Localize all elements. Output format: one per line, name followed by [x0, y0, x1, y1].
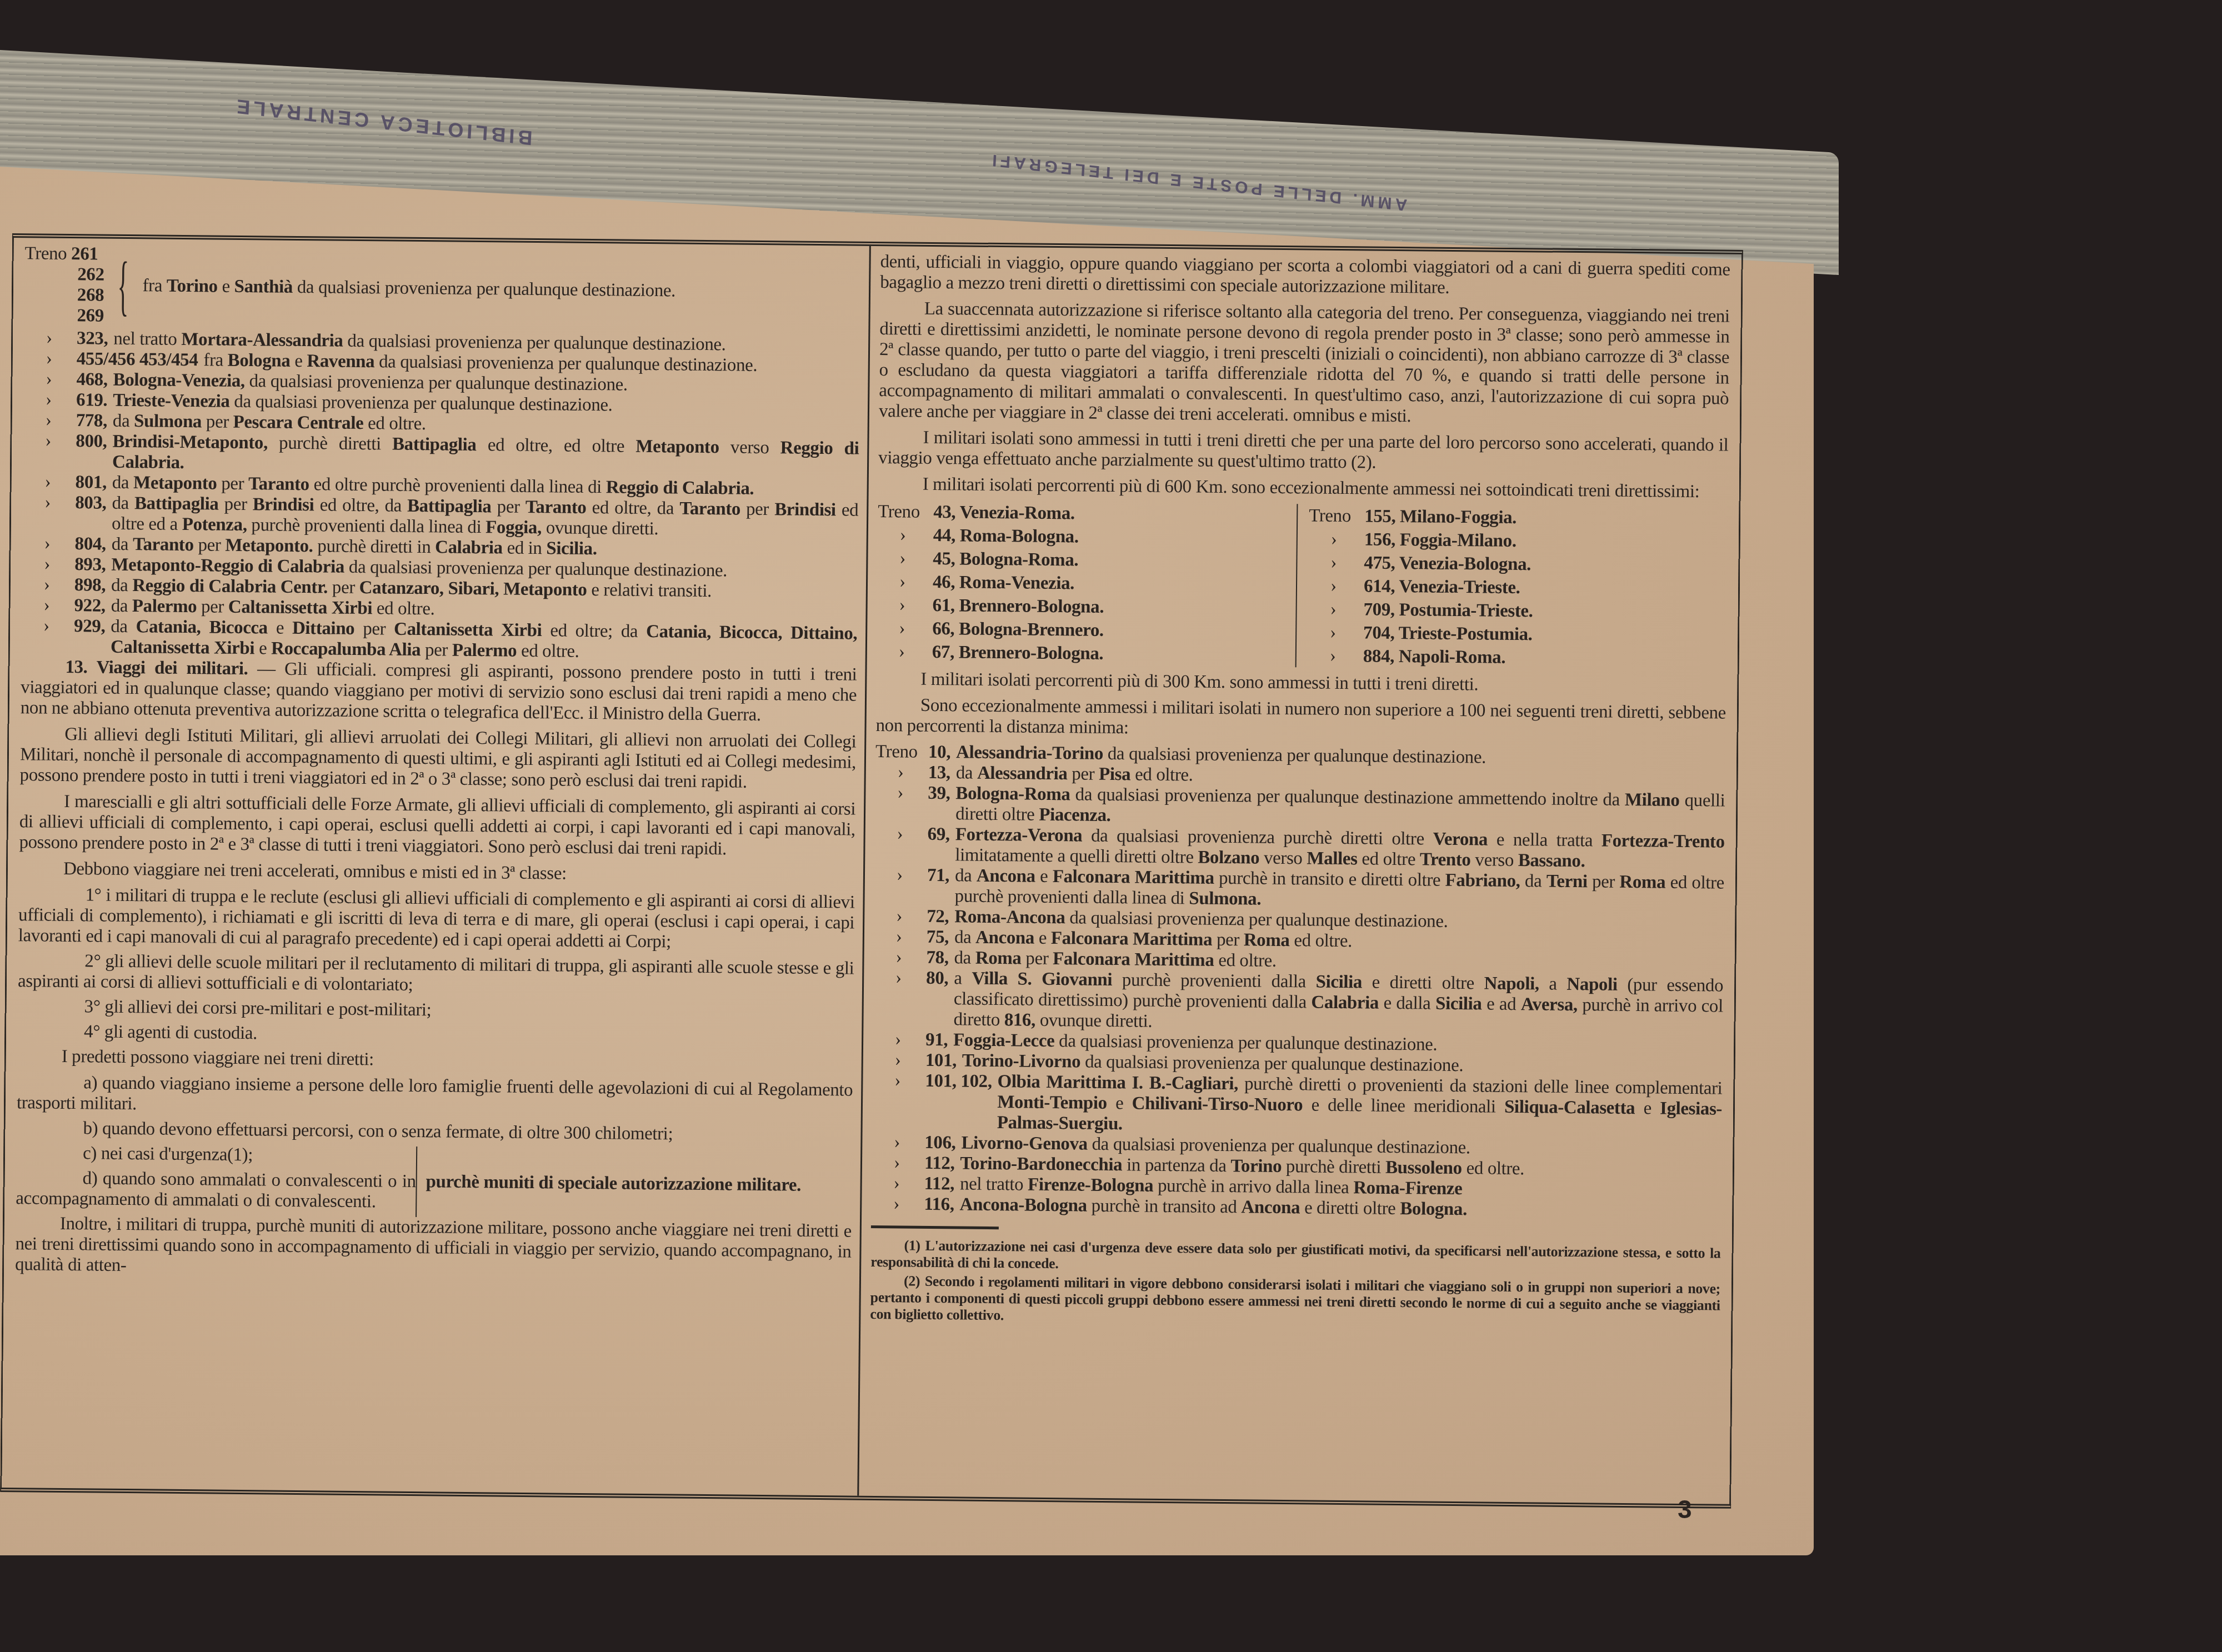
- train-number: 116,: [924, 1194, 954, 1215]
- train-number: 778,: [76, 411, 108, 432]
- ditto-mark: Treno: [875, 742, 928, 763]
- train-route-description: Olbia Marittima I. B.-Cagliari, purchè d…: [997, 1072, 1723, 1140]
- ditto-mark: ›: [21, 595, 74, 616]
- direttissimi-list-left: Treno43, Venezia-Roma.›44, Roma-Bologna.…: [877, 500, 1297, 667]
- train-number: 39,: [928, 783, 950, 824]
- right-column: denti, ufficiali in viaggio, oppure quan…: [870, 252, 1730, 1333]
- train-number: 71,: [927, 865, 949, 907]
- ditto-mark: ›: [22, 574, 74, 595]
- section-title: 13. Viaggi dei militari.: [65, 657, 248, 679]
- train-number: 455/456 453/454: [77, 349, 198, 371]
- ditto-mark: ›: [23, 430, 76, 472]
- train-number: 13,: [928, 763, 950, 783]
- para-isolati-300: I militari isolati percorrenti più di 30…: [876, 669, 1726, 698]
- column-divider: [857, 246, 871, 1496]
- train-number: 269: [77, 306, 104, 326]
- ditto-mark: ›: [873, 1029, 925, 1050]
- train-number: 922,: [74, 595, 106, 617]
- direttissimo-item: ›46, Roma-Venezia.: [877, 570, 1296, 597]
- direttissimi-list-right: Treno155, Milano-Foggia.›156, Foggia-Mil…: [1295, 504, 1728, 671]
- direttissimo-item: Treno155, Milano-Foggia.: [1309, 504, 1728, 531]
- ditto-mark: ›: [872, 1153, 924, 1174]
- left-column: Treno 261 262 268 269 { fra Torino e San…: [15, 243, 861, 1288]
- footnote-1: (1) L'autorizzazione nei casi d'urgenza …: [870, 1237, 1721, 1279]
- train-route-description: Bologna-Roma da qualsiasi provenienza pe…: [955, 783, 1725, 832]
- para-denti: denti, ufficiali in viaggio, oppure quan…: [880, 252, 1730, 301]
- train-number: 898,: [74, 575, 106, 596]
- right-train-list: Treno10,Alessandria-Torino da qualsiasi …: [871, 742, 1725, 1223]
- direttissimo-item: ›709, Postumia-Trieste.: [1308, 597, 1726, 624]
- list-item-d: d) quando sono ammalati o convalescenti …: [16, 1168, 416, 1213]
- footnote-rule: [871, 1225, 999, 1229]
- para-allievi: Gli allievi degli Istituti Militari, gli…: [19, 724, 856, 793]
- ditto-mark: ›: [22, 554, 74, 575]
- train-number: 106,: [924, 1133, 956, 1154]
- ditto-mark: ›: [873, 968, 926, 1030]
- train-number: 72,: [927, 907, 949, 927]
- train-number: 893,: [74, 554, 106, 575]
- train-number: 101,: [925, 1050, 957, 1072]
- page-number: 3: [1678, 1494, 1692, 1524]
- library-stamp-secondary: AMM. DELLE POSTE E DEI TELEGRAFI: [989, 150, 1408, 214]
- train-route-description: Brindisi-Metaponto, purchè diretti Batti…: [112, 432, 859, 480]
- direttissimi-list: Treno43, Venezia-Roma.›44, Roma-Bologna.…: [877, 500, 1728, 672]
- direttissimo-item: Treno43, Venezia-Roma.: [878, 500, 1297, 527]
- para-debbono: Debbono viaggiare nei treni accelerati, …: [19, 858, 855, 887]
- train-number: 619.: [76, 390, 108, 411]
- train-route-description: a Villa S. Giovanni purchè provenienti d…: [953, 968, 1723, 1037]
- treno-label: Treno: [24, 243, 67, 264]
- ditto-mark: ›: [874, 906, 927, 927]
- section-13-intro: 13. Viaggi dei militari. — Gli ufficiali…: [21, 657, 857, 726]
- train-route-description: Fortezza-Verona da qualsiasi provenienza…: [955, 824, 1725, 873]
- ditto-mark: ›: [872, 1070, 925, 1133]
- train-number: 800,: [76, 431, 107, 473]
- train-number: 262: [77, 264, 104, 284]
- direttissimo-item: ›44, Roma-Bologna.: [878, 523, 1297, 550]
- ditto-mark: ›: [24, 348, 77, 369]
- ditto-mark: ›: [23, 410, 76, 431]
- train-route-description: da Ancona e Falconara Marittima purchè i…: [955, 865, 1725, 914]
- train-route-description: da Battipaglia per Brindisi ed oltre, da…: [112, 493, 858, 542]
- para-isolati-1: I militari isolati sono ammessi in tutti…: [878, 427, 1729, 477]
- train-number: 268: [77, 285, 104, 305]
- list-item-4: 4° gli agenti di custodia.: [17, 1021, 853, 1049]
- train-number: 69,: [927, 824, 950, 865]
- ditto-mark: ›: [875, 762, 928, 783]
- ditto-mark: ›: [871, 1194, 924, 1215]
- direttissimo-item: ›614, Venezia-Trieste.: [1308, 574, 1727, 601]
- direttissimo-item: ›45, Bologna-Roma.: [877, 547, 1296, 574]
- train-number: 468,: [76, 369, 108, 391]
- ditto-mark: ›: [22, 533, 74, 554]
- para-marescialli: I marescialli e gli altri sottufficiali …: [19, 791, 855, 860]
- ditto-mark: ›: [874, 865, 927, 907]
- ditto-mark: ›: [871, 1173, 924, 1194]
- direttissimo-item: ›66, Bologna-Brennero.: [877, 617, 1295, 644]
- train-group-description: fra Torino e Santhià da qualsiasi proven…: [142, 276, 675, 301]
- ditto-mark: ›: [22, 492, 76, 534]
- list-item-3: 3° gli allievi dei corsi pre-militari e …: [17, 996, 853, 1024]
- direttissimo-item: ›61, Brennero-Bologna.: [877, 593, 1295, 620]
- list-item-a: a) quando viaggiano insieme a persone de…: [17, 1072, 853, 1121]
- train-number: 80,: [925, 968, 948, 1030]
- direttissimo-item: ›156, Foggia-Milano.: [1309, 527, 1728, 554]
- left-train-list: ›323,nel tratto Mortara-Alessandria da q…: [21, 328, 860, 664]
- ditto-mark: ›: [874, 927, 927, 948]
- ditto-mark: ›: [872, 1132, 924, 1153]
- train-number: 323,: [77, 328, 108, 349]
- train-number: 112,: [924, 1174, 954, 1195]
- list-item-c: c) nei casi d'urgenza(1);: [16, 1143, 416, 1167]
- train-number: 112,: [924, 1153, 955, 1174]
- train-entry: ›101, 102,Olbia Marittima I. B.-Cagliari…: [872, 1070, 1723, 1140]
- ditto-mark: ›: [24, 328, 77, 349]
- ditto-mark: ›: [873, 1050, 925, 1071]
- train-number: 803,: [75, 493, 107, 534]
- para-eccezionalmente: Sono eccezionalmente ammessi i militari …: [875, 695, 1726, 744]
- direttissimo-item: ›704, Trieste-Postumia.: [1308, 620, 1726, 648]
- para-inoltre: Inoltre, i militari di truppa, purchè mu…: [15, 1213, 852, 1283]
- para-isolati-600: I militari isolati percorrenti più di 60…: [878, 474, 1728, 503]
- para-suaccennata: La suaccennata autorizzazione si riferis…: [879, 298, 1730, 430]
- text-frame: Treno 261 262 268 269 { fra Torino e San…: [0, 233, 1743, 1509]
- train-number: 75,: [927, 927, 949, 948]
- direttissimo-item: ›67, Brennero-Bologna.: [877, 640, 1295, 667]
- ditto-mark: ›: [873, 947, 926, 968]
- para-predetti: I predetti possono viaggiare nei treni d…: [17, 1046, 853, 1074]
- list-item-2: 2° gli allievi delle scuole militari per…: [18, 950, 854, 999]
- condition-requirement: purchè muniti di speciale autorizzazione…: [416, 1147, 852, 1222]
- ditto-mark: ›: [23, 369, 76, 390]
- train-number: 804,: [74, 534, 106, 555]
- conditions-c-d: c) nei casi d'urgenza(1); d) quando sono…: [16, 1143, 852, 1221]
- train-number: 101, 102,: [925, 1071, 992, 1133]
- train-number: 78,: [926, 948, 948, 968]
- train-number: 91,: [925, 1030, 948, 1050]
- ditto-mark: ›: [23, 389, 76, 411]
- direttissimo-item: ›884, Napoli-Roma.: [1308, 644, 1726, 671]
- list-item-1: 1° i militari di truppa e le reclute (es…: [18, 884, 855, 954]
- train-number: 929,: [74, 616, 106, 658]
- direttissimo-item: ›475, Venezia-Bologna.: [1308, 550, 1727, 578]
- train-group-261: Treno 261 262 268 269 { fra Torino e San…: [24, 243, 860, 333]
- train-number: 261: [71, 244, 98, 264]
- list-item-b: b) quando devono effettuarsi percorsi, c…: [16, 1118, 852, 1146]
- train-entry: ›80,a Villa S. Giovanni purchè provenien…: [873, 968, 1723, 1038]
- ditto-mark: ›: [21, 615, 74, 657]
- train-route-description: da Catania, Bicocca e Dittaino per Calta…: [111, 617, 857, 665]
- footnote-2: (2) Secondo i regolamenti militari in vi…: [870, 1273, 1720, 1331]
- ditto-mark: ›: [875, 783, 928, 824]
- ditto-mark: ›: [23, 472, 76, 493]
- library-stamp: BIBLIOTECA CENTRALE: [233, 94, 533, 149]
- train-number: 801,: [76, 472, 107, 493]
- ditto-mark: ›: [874, 824, 928, 865]
- brace-icon: {: [117, 252, 129, 319]
- train-number: 10,: [928, 742, 950, 763]
